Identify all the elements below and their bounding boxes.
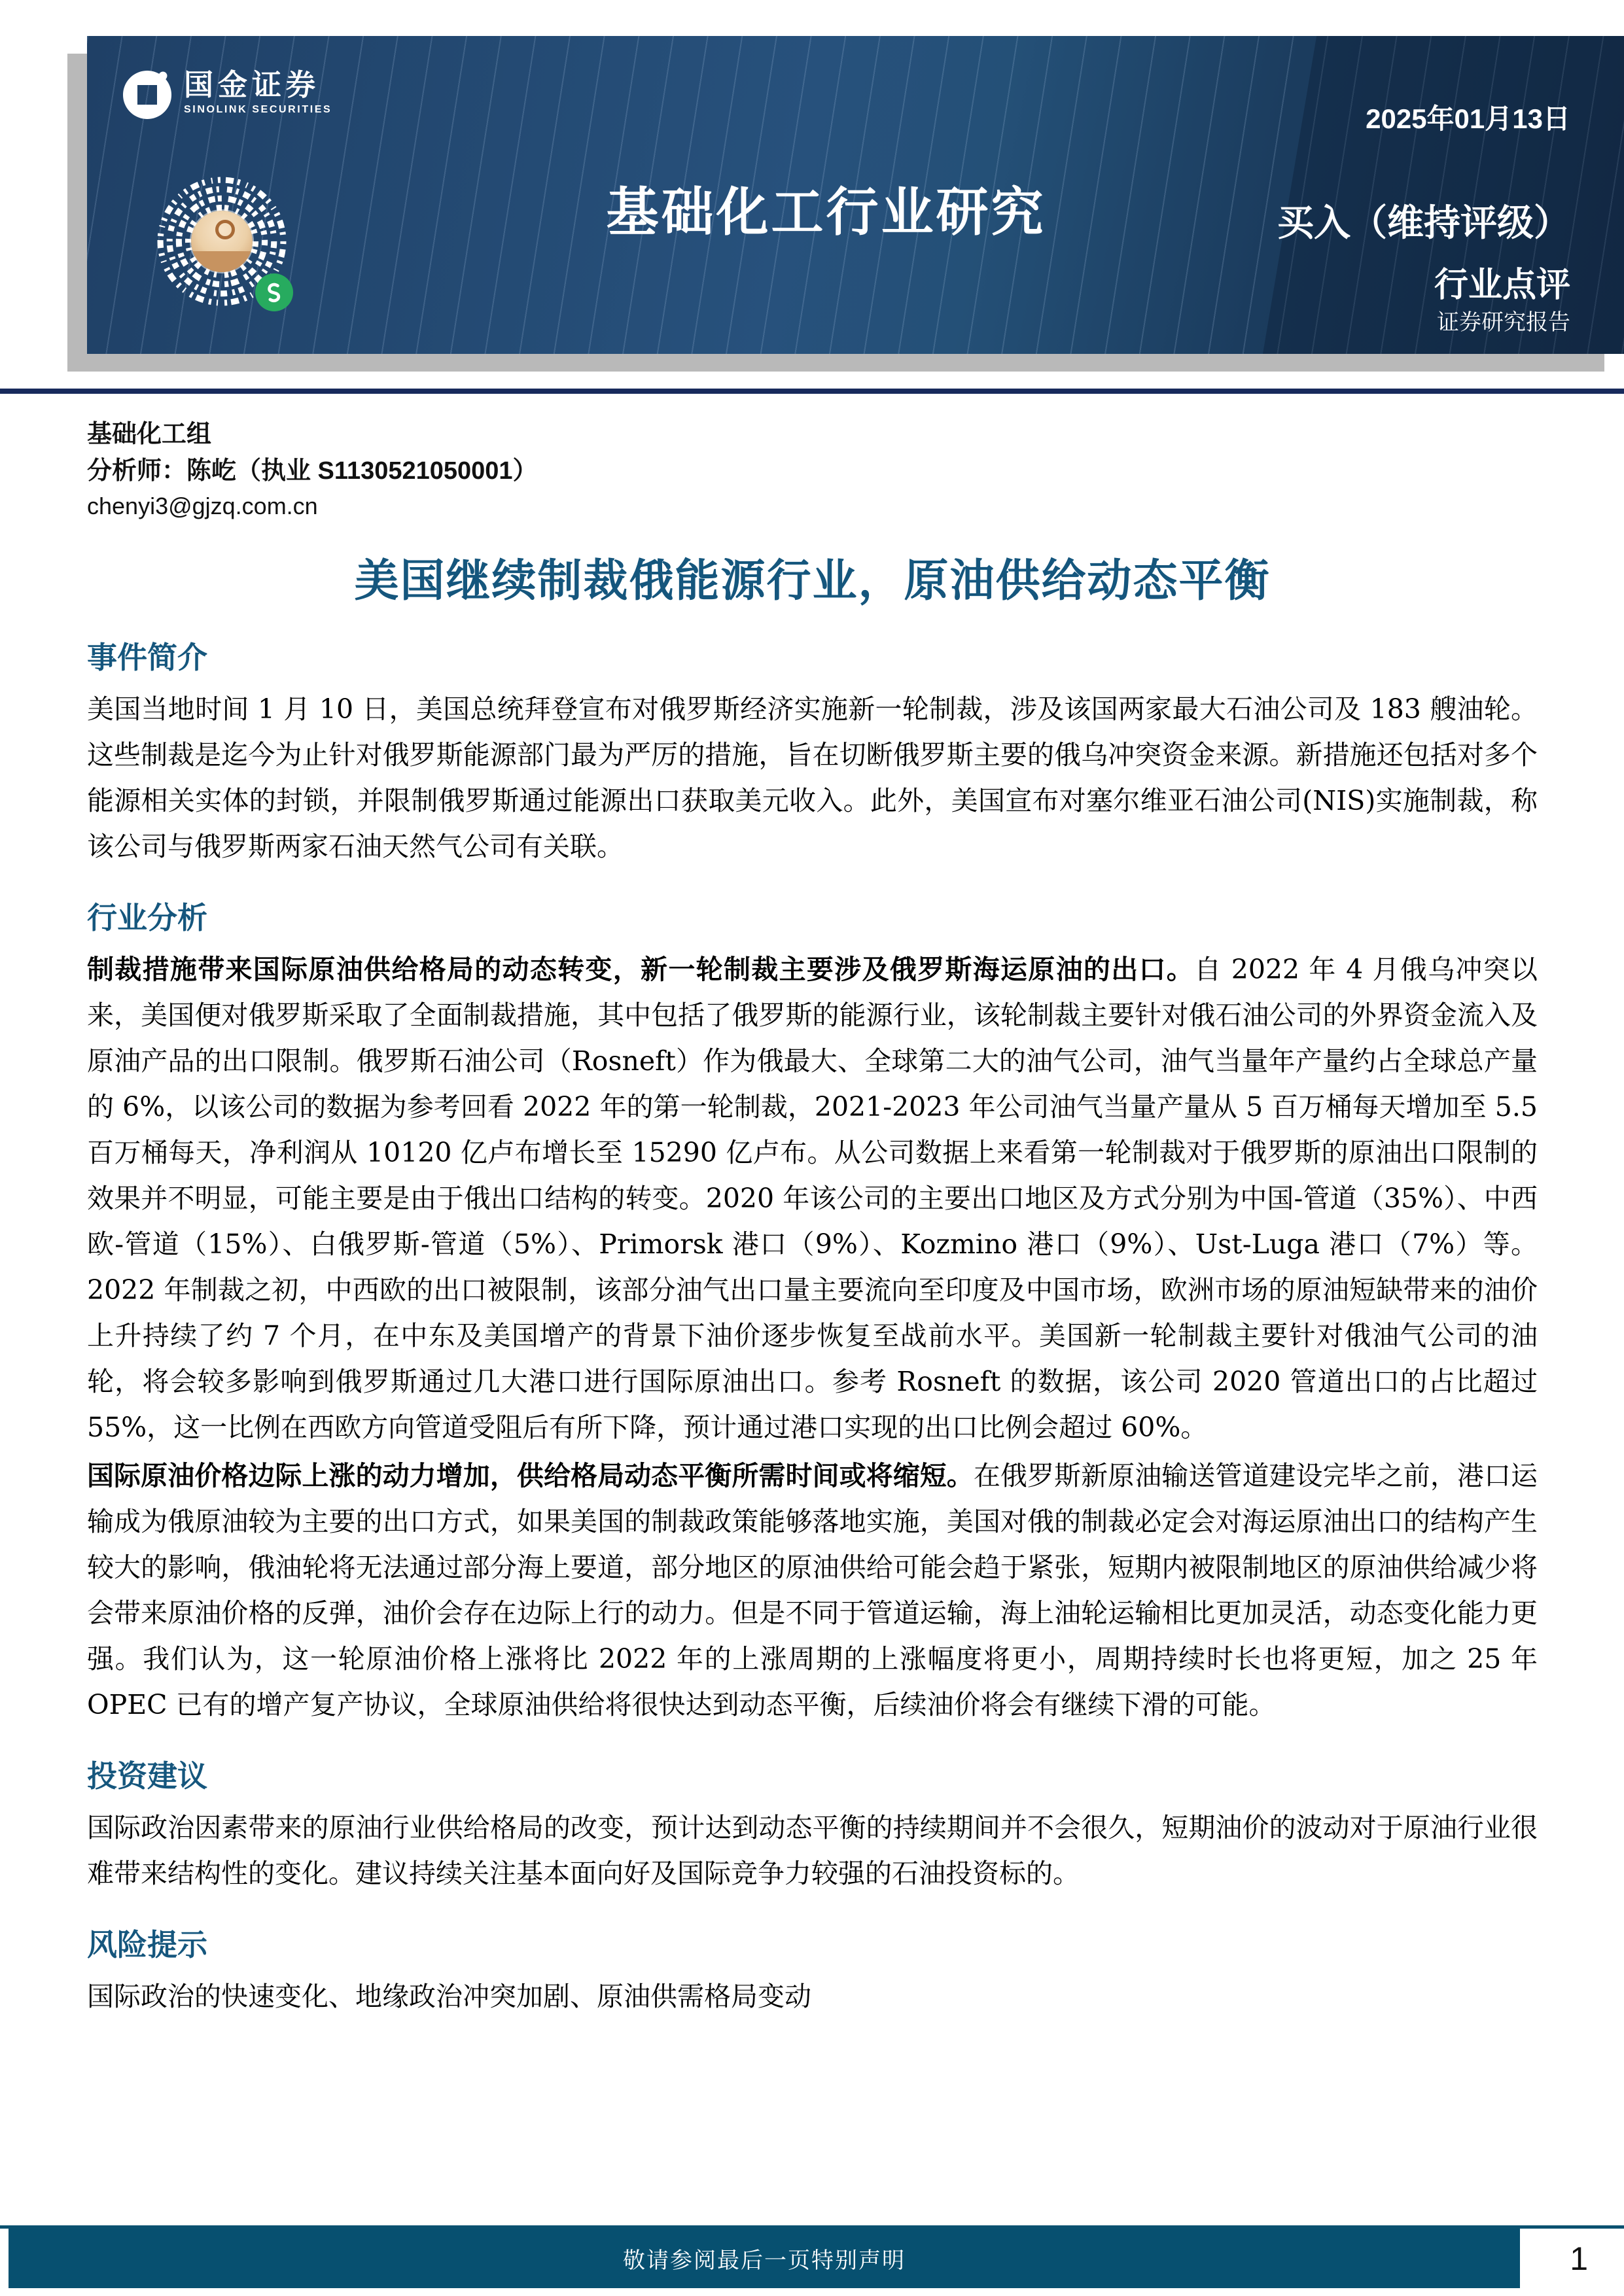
report-body: 基础化工组 分析师：陈屹（执业 S1130521050001） chenyi3@… <box>87 406 1538 2022</box>
page-number: 1 <box>1570 2240 1588 2278</box>
qr-center-badge <box>191 211 253 272</box>
header-banner: 国金证券 SINOLINK SECURITIES 2025年01月13日 基础化… <box>87 36 1624 354</box>
paragraph: 制裁措施带来国际原油供给格局的动态转变，新一轮制裁主要涉及俄罗斯海运原油的出口。… <box>87 947 1538 1450</box>
analyst-group: 基础化工组 <box>87 416 1538 453</box>
paragraph-text: 在俄罗斯新原油输送管道建设完毕之前，港口运输成为俄原油较为主要的出口方式，如果美… <box>87 1460 1538 1720</box>
footer-disclaimer-bar: 敬请参阅最后一页特别声明 <box>9 2229 1520 2288</box>
analyst-name-line: 分析师：陈屹（执业 S1130521050001） <box>87 453 1538 489</box>
paragraph-lead: 制裁措施带来国际原油供给格局的动态转变，新一轮制裁主要涉及俄罗斯海运原油的出口。 <box>87 954 1194 985</box>
report-date: 2025年01月13日 <box>1366 97 1570 137</box>
wechat-miniprogram-icon <box>255 273 293 311</box>
section-heading-event-summary: 事件简介 <box>87 634 1538 677</box>
brand-logo: 国金证券 SINOLINK SECURITIES <box>121 69 332 121</box>
page-title: 美国继续制裁俄能源行业，原油供给动态平衡 <box>87 546 1538 609</box>
section-heading-industry-analysis: 行业分析 <box>87 894 1538 937</box>
paragraph-text: 美国当地时间 1 月 10 日，美国总统拜登宣布对俄罗斯经济实施新一轮制裁，涉及… <box>87 693 1538 862</box>
section-heading-investment-advice: 投资建议 <box>87 1752 1538 1796</box>
paragraph: 国际政治的快速变化、地缘政治冲突加剧、原油供需格局变动 <box>87 1974 1538 2019</box>
paragraph-text: 国际政治的快速变化、地缘政治冲突加剧、原油供需格局变动 <box>87 1981 811 2012</box>
qr-code <box>156 175 288 307</box>
report-type: 行业点评 <box>1434 257 1570 306</box>
brand-logo-text: 国金证券 SINOLINK SECURITIES <box>184 69 332 118</box>
section-heading-risk-warning: 风险提示 <box>87 1921 1538 1964</box>
report-category-label: 证券研究报告 <box>1437 304 1570 336</box>
qr-badge-band <box>191 251 253 272</box>
report-page: 国金证券 SINOLINK SECURITIES 2025年01月13日 基础化… <box>0 0 1624 2296</box>
paragraph: 美国当地时间 1 月 10 日，美国总统拜登宣布对俄罗斯经济实施新一轮制裁，涉及… <box>87 686 1538 869</box>
brand-name-cn: 国金证券 <box>184 69 332 101</box>
paragraph: 国际政治因素带来的原油行业供给格局的改变，预计达到动态平衡的持续期间并不会很久，… <box>87 1805 1538 1896</box>
brand-name-en: SINOLINK SECURITIES <box>184 101 332 118</box>
header-separator-rule <box>0 389 1624 394</box>
paragraph-text: 国际政治因素带来的原油行业供给格局的改变，预计达到动态平衡的持续期间并不会很久，… <box>87 1812 1538 1889</box>
sinolink-logo-icon <box>121 69 173 121</box>
paragraph-text: 自 2022 年 4 月俄乌冲突以来，美国便对俄罗斯采取了全面制裁措施，其中包括… <box>87 954 1538 1443</box>
footer-disclaimer-text: 敬请参阅最后一页特别声明 <box>623 2242 906 2274</box>
paragraph: 国际原油价格边际上涨的动力增加，供给格局动态平衡所需时间或将缩短。在俄罗斯新原油… <box>87 1453 1538 1728</box>
qr-badge-logo-icon <box>215 220 235 239</box>
paragraph-lead: 国际原油价格边际上涨的动力增加，供给格局动态平衡所需时间或将缩短。 <box>87 1460 974 1491</box>
analyst-email-link[interactable]: chenyi3@gjzq.com.cn <box>87 489 318 523</box>
rating-badge: 买入（维持评级） <box>1277 194 1570 247</box>
